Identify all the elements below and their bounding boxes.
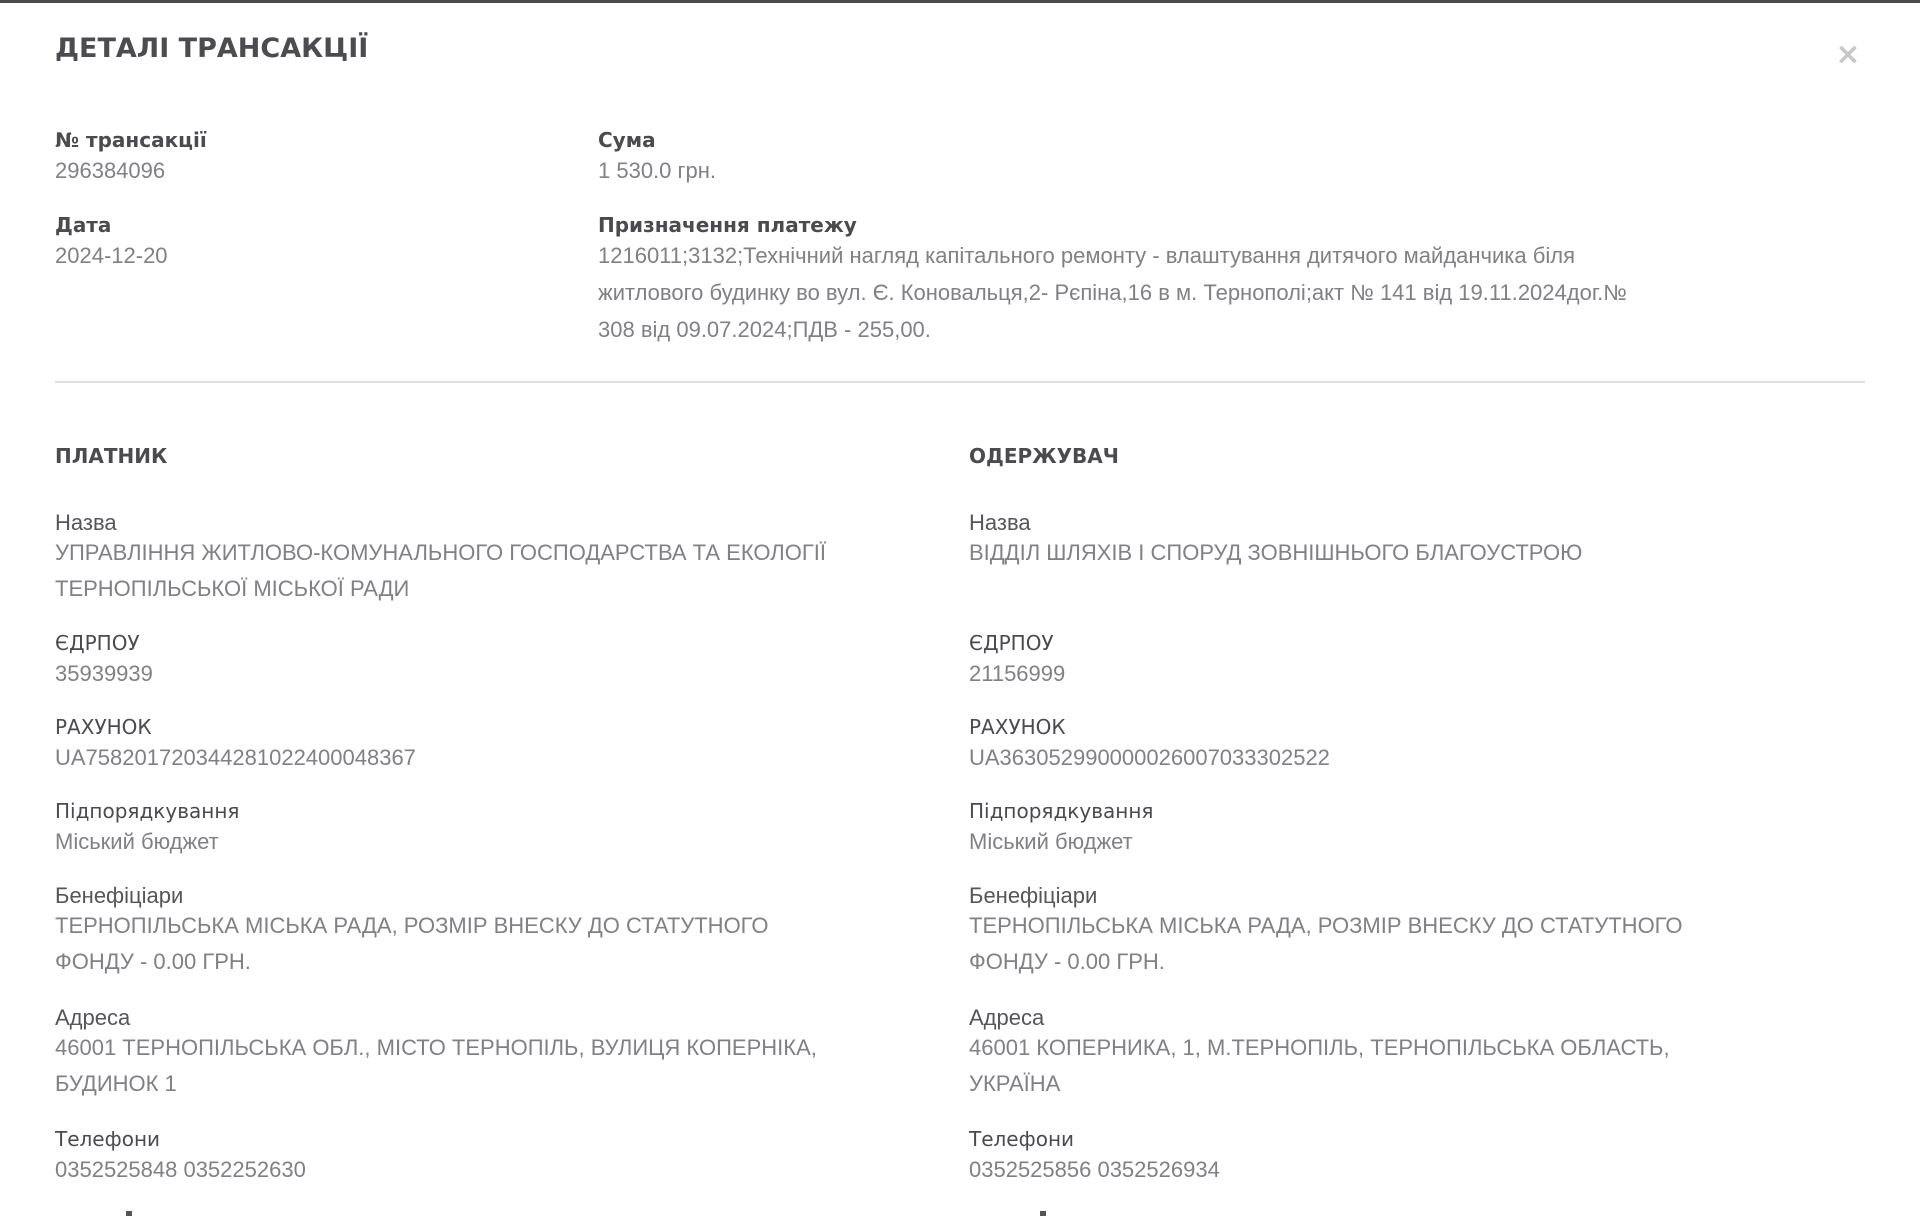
recipient-account-value: UA363052990000026007033302522 bbox=[969, 739, 1330, 776]
payer-beneficiaries-field: Бенефіціари ТЕРНОПІЛЬСЬКА МІСЬКА РАДА, Р… bbox=[55, 884, 768, 980]
recipient-subordination-label: Підпорядкування bbox=[969, 799, 1153, 823]
payer-account-value: UA758201720344281022400048367 bbox=[55, 739, 416, 776]
recipient-address-label: Адреса bbox=[969, 1006, 1670, 1030]
payer-name-line: УПРАВЛІННЯ ЖИТЛОВО-КОМУНАЛЬНОГО ГОСПОДАР… bbox=[55, 535, 826, 571]
payer-beneficiaries-label: Бенефіціари bbox=[55, 884, 768, 908]
recipient-subordination-value: Міський бюджет bbox=[969, 823, 1153, 860]
recipient-next-label-fragment bbox=[1040, 1211, 1046, 1216]
payer-subordination-label: Підпорядкування bbox=[55, 799, 239, 823]
section-divider bbox=[55, 381, 1865, 383]
close-icon[interactable]: × bbox=[1834, 41, 1862, 69]
recipient-account-field: РАХУНОК UA363052990000026007033302522 bbox=[969, 715, 1330, 776]
recipient-phones-label: Телефони bbox=[969, 1127, 1220, 1151]
sum-field: Сума 1 530.0 грн. bbox=[598, 128, 716, 189]
transaction-number-label: № трансакції bbox=[55, 128, 207, 152]
payer-subordination-field: Підпорядкування Міський бюджет bbox=[55, 799, 239, 860]
payer-address-field: Адреса 46001 ТЕРНОПІЛЬСЬКА ОБЛ., МІСТО Т… bbox=[55, 1006, 817, 1102]
payer-phones-label: Телефони bbox=[55, 1127, 306, 1151]
recipient-name-line: ВІДДІЛ ШЛЯХІВ І СПОРУД ЗОВНІШНЬОГО БЛАГО… bbox=[969, 535, 1582, 571]
sum-label: Сума bbox=[598, 128, 716, 152]
recipient-beneficiaries-line: ФОНДУ - 0.00 ГРН. bbox=[969, 944, 1682, 980]
modal-title: ДЕТАЛІ ТРАНСАКЦІЇ bbox=[55, 33, 368, 64]
payer-next-label-fragment bbox=[126, 1211, 132, 1216]
recipient-subordination-field: Підпорядкування Міський бюджет bbox=[969, 799, 1153, 860]
recipient-account-label: РАХУНОК bbox=[969, 715, 1330, 739]
recipient-beneficiaries-field: Бенефіціари ТЕРНОПІЛЬСЬКА МІСЬКА РАДА, Р… bbox=[969, 884, 1682, 980]
payment-purpose-line: 308 від 09.07.2024;ПДВ - 255,00. bbox=[598, 311, 1878, 348]
payer-name-field: Назва УПРАВЛІННЯ ЖИТЛОВО-КОМУНАЛЬНОГО ГО… bbox=[55, 511, 826, 607]
date-label: Дата bbox=[55, 213, 168, 237]
payer-subordination-value: Міський бюджет bbox=[55, 823, 239, 860]
payer-phones-value: 0352525848 0352252630 bbox=[55, 1151, 306, 1188]
payer-edrpou-label: ЄДРПОУ bbox=[55, 631, 153, 655]
payer-account-field: РАХУНОК UA758201720344281022400048367 bbox=[55, 715, 416, 776]
payer-beneficiaries-line: ТЕРНОПІЛЬСЬКА МІСЬКА РАДА, РОЗМІР ВНЕСКУ… bbox=[55, 908, 768, 944]
transaction-number-field: № трансакції 296384096 bbox=[55, 128, 207, 189]
payer-address-line: 46001 ТЕРНОПІЛЬСЬКА ОБЛ., МІСТО ТЕРНОПІЛ… bbox=[55, 1030, 817, 1066]
payment-purpose-line: 1216011;3132;Технічний нагляд капітально… bbox=[598, 237, 1878, 274]
payment-purpose-line: житлового будинку во вул. Є. Коновальця,… bbox=[598, 274, 1878, 311]
payer-address-label: Адреса bbox=[55, 1006, 817, 1030]
recipient-edrpou-label: ЄДРПОУ bbox=[969, 631, 1065, 655]
recipient-address-line: 46001 КОПЕРНИКА, 1, М.ТЕРНОПІЛЬ, ТЕРНОПІ… bbox=[969, 1030, 1670, 1066]
recipient-beneficiaries-line: ТЕРНОПІЛЬСЬКА МІСЬКА РАДА, РОЗМІР ВНЕСКУ… bbox=[969, 908, 1682, 944]
payer-heading: ПЛАТНИК bbox=[55, 444, 167, 468]
date-field: Дата 2024-12-20 bbox=[55, 213, 168, 274]
transaction-number-value: 296384096 bbox=[55, 152, 207, 189]
payer-address-line: БУДИНОК 1 bbox=[55, 1066, 817, 1102]
recipient-phones-value: 0352525856 0352526934 bbox=[969, 1151, 1220, 1188]
recipient-address-field: Адреса 46001 КОПЕРНИКА, 1, М.ТЕРНОПІЛЬ, … bbox=[969, 1006, 1670, 1102]
recipient-phones-field: Телефони 0352525856 0352526934 bbox=[969, 1127, 1220, 1188]
payer-name-line: ТЕРНОПІЛЬСЬКОЇ МІСЬКОЇ РАДИ bbox=[55, 571, 826, 607]
date-value: 2024-12-20 bbox=[55, 237, 168, 274]
payer-name-label: Назва bbox=[55, 511, 826, 535]
recipient-edrpou-value: 21156999 bbox=[969, 655, 1065, 692]
payment-purpose-label: Призначення платежу bbox=[598, 213, 1878, 237]
sum-value: 1 530.0 грн. bbox=[598, 152, 716, 189]
recipient-name-label: Назва bbox=[969, 511, 1582, 535]
payer-account-label: РАХУНОК bbox=[55, 715, 416, 739]
recipient-heading: ОДЕРЖУВАЧ bbox=[969, 444, 1119, 468]
recipient-beneficiaries-label: Бенефіціари bbox=[969, 884, 1682, 908]
payment-purpose-field: Призначення платежу 1216011;3132;Технічн… bbox=[598, 213, 1878, 348]
payer-phones-field: Телефони 0352525848 0352252630 bbox=[55, 1127, 306, 1188]
payer-edrpou-field: ЄДРПОУ 35939939 bbox=[55, 631, 153, 692]
recipient-edrpou-field: ЄДРПОУ 21156999 bbox=[969, 631, 1065, 692]
payer-edrpou-value: 35939939 bbox=[55, 655, 153, 692]
payer-beneficiaries-line: ФОНДУ - 0.00 ГРН. bbox=[55, 944, 768, 980]
transaction-details-modal: ДЕТАЛІ ТРАНСАКЦІЇ × № трансакції 2963840… bbox=[0, 3, 1920, 1216]
recipient-name-field: Назва ВІДДІЛ ШЛЯХІВ І СПОРУД ЗОВНІШНЬОГО… bbox=[969, 511, 1582, 571]
recipient-address-line: УКРАЇНА bbox=[969, 1066, 1670, 1102]
